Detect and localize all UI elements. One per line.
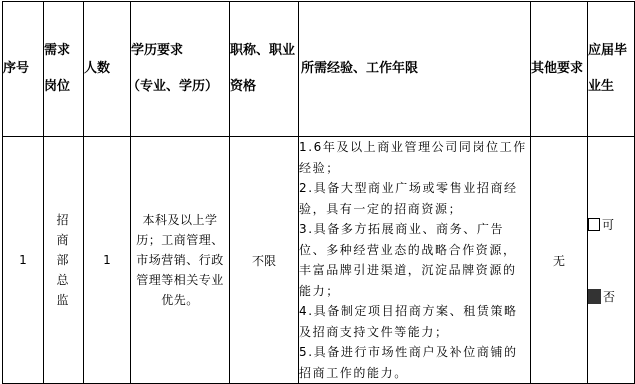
experience-item-5: 5.具备进行市场性商户及补位商铺的招商工作的能力。 xyxy=(299,342,530,371)
header-education: 学历要求 （专业、学历） xyxy=(131,2,230,137)
header-graduate: 应届毕 业生 xyxy=(588,2,635,137)
cell-education: 本科及以上学历；工商管理、市场营销、行政管理等相关专业优先。 xyxy=(131,137,230,372)
graduate-option-yes[interactable]: 可 xyxy=(588,214,634,234)
cell-graduate: 可 否 xyxy=(588,137,635,372)
header-education-line2: （专业、学历） xyxy=(131,69,230,105)
header-graduate-line2: 业生 xyxy=(588,69,634,105)
header-other: 其他要求 xyxy=(531,2,588,137)
cell-other: 无 xyxy=(531,137,588,372)
experience-item-1: 1.6年及以上商业管理公司同岗位工作经验； xyxy=(299,137,530,178)
table-row: 1 招商部总监 1 本科及以上学历；工商管理、市场营销、行政管理等相关专业优先。… xyxy=(3,137,635,372)
header-graduate-line1: 应届毕 xyxy=(588,33,634,69)
row-title: 不限 xyxy=(252,254,276,268)
checkbox-checked-icon[interactable] xyxy=(588,289,601,304)
graduate-option-yes-label: 可 xyxy=(602,216,614,233)
experience-item-3: 3.具备多方拓展商业、商务、广告位、多种经营业态的战略合作资源，丰富品牌引进渠道… xyxy=(299,219,530,301)
cell-index: 1 xyxy=(3,137,44,372)
header-count: 人数 xyxy=(84,2,131,137)
experience-item-4: 4.具备制定项目招商方案、租赁策略及招商支持文件等能力； xyxy=(299,301,530,342)
graduate-option-no[interactable]: 否 xyxy=(588,286,634,306)
experience-item-2: 2.具备大型商业广场或零售业招商经验，具有一定的招商资源； xyxy=(299,178,530,219)
header-index: 序号 xyxy=(3,2,44,137)
header-row: 序号 需求 岗位 人数 学历要求 （专业、学历） 职称、职业 资格 所需经验、工… xyxy=(3,2,635,137)
header-education-line1: 学历要求 xyxy=(131,33,229,69)
header-index-label: 序号 xyxy=(3,61,29,76)
header-position-line1: 需求 xyxy=(44,33,83,69)
row-education: 本科及以上学历；工商管理、市场营销、行政管理等相关专业优先。 xyxy=(136,213,224,307)
cell-count: 1 xyxy=(84,137,131,372)
header-title: 职称、职业 资格 xyxy=(230,2,299,137)
header-experience-label: 所需经验、工作年限 xyxy=(301,61,418,76)
cell-experience: 1.6年及以上商业管理公司同岗位工作经验； 2.具备大型商业广场或零售业招商经验… xyxy=(299,137,531,372)
graduate-option-no-label: 否 xyxy=(603,288,615,305)
header-position-line2: 岗位 xyxy=(44,69,83,105)
cell-position: 招商部总监 xyxy=(44,137,84,372)
job-requirements-table: 序号 需求 岗位 人数 学历要求 （专业、学历） 职称、职业 资格 所需经验、工… xyxy=(2,1,635,371)
row-count: 1 xyxy=(103,253,111,267)
row-other: 无 xyxy=(553,254,565,268)
row-index: 1 xyxy=(19,253,27,267)
header-title-line2: 资格 xyxy=(230,69,298,105)
header-experience: 所需经验、工作年限 xyxy=(299,2,531,137)
row-position: 招商部总监 xyxy=(56,213,70,307)
header-position: 需求 岗位 xyxy=(44,2,84,137)
header-title-line1: 职称、职业 xyxy=(230,33,298,69)
cell-title: 不限 xyxy=(230,137,299,372)
header-count-label: 人数 xyxy=(84,61,110,76)
checkbox-unchecked-icon[interactable] xyxy=(588,218,600,231)
header-other-label: 其他要求 xyxy=(531,61,583,76)
